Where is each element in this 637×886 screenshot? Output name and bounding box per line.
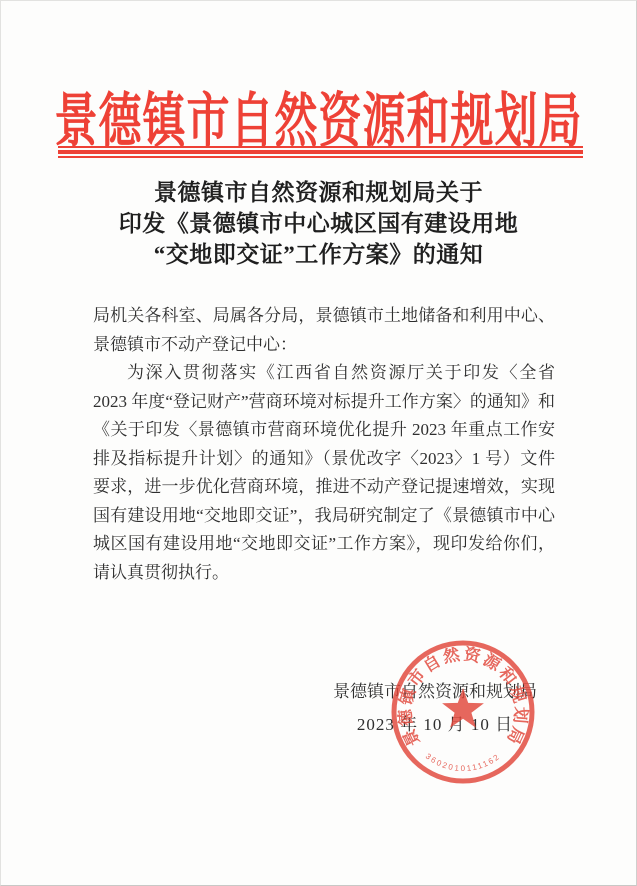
signature-agency: 景德镇市自然资源和规划局: [329, 679, 541, 705]
letterhead-divider: [58, 146, 583, 158]
signature-block: 景德镇市自然资源和规划局 2023 年 10 月 10 日: [329, 679, 541, 738]
seal-code: 3602010111162: [424, 752, 502, 773]
document-title-line2: 印发《景德镇市中心城区国有建设用地: [1, 208, 636, 239]
document-title-line3: “交地即交证”工作方案》的通知: [1, 239, 636, 270]
body-paragraph: 为深入贯彻落实《江西省自然资源厅关于印发〈全省 2023 年度“登记财产”营商环…: [93, 359, 555, 587]
addressee-line: 局机关各科室、局属各分局，景德镇市土地储备和利用中心、景德镇市不动产登记中心：: [93, 302, 555, 359]
document-title-line1: 景德镇市自然资源和规划局关于: [1, 177, 636, 208]
divider-line-bottom: [58, 156, 583, 158]
document-body: 局机关各科室、局属各分局，景德镇市土地储备和利用中心、景德镇市不动产登记中心： …: [93, 302, 555, 587]
signature-date: 2023 年 10 月 10 日: [329, 712, 541, 738]
document-page: 景德镇市自然资源和规划局 景德镇市自然资源和规划局关于 印发《景德镇市中心城区国…: [0, 0, 637, 886]
document-title: 景德镇市自然资源和规划局关于 印发《景德镇市中心城区国有建设用地 “交地即交证”…: [1, 177, 636, 270]
